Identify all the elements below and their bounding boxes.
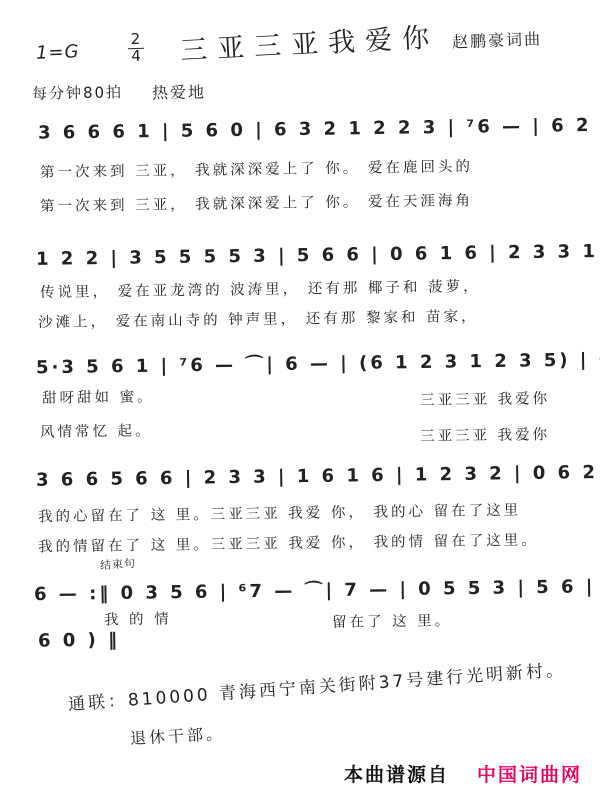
notation-line-5: 6 — :‖ 0 3 5 6 | ⁶7 — ⌒| 7 — | 0 5 5 3 |… xyxy=(34,568,600,606)
lyrics-line-4-verse-2: 我的情留在了 这 里。三亚三亚 我爱 你， 我的情 留在了这里。 xyxy=(38,529,539,557)
notation-line-4: 3 6 6 5 6 6 | 2 3 3 | 1 6 1 6 | 1 2 3 2 … xyxy=(36,458,600,491)
footer-site-name: 中国词曲网 xyxy=(477,760,582,787)
song-title: 三亚三亚我爱你 xyxy=(179,15,440,68)
lyrics-line-5-fragment-2: 留在了 这 里。 xyxy=(332,609,453,632)
lyrics-line-3-right-verse-2: 三亚三亚 我爱你 xyxy=(420,423,550,446)
expression-marking: 热爱地 xyxy=(152,80,206,104)
contact-address-line: 通联：810000 青海西宁南关街附37号建行光明新村。 xyxy=(67,655,566,715)
notation-line-1: 3 6 6 6 1 | 5 6 0 | 6 3 2 1 2 2 3 | ⁷6 —… xyxy=(38,113,600,143)
notation-line-2: 1 2 2 | 3 5 5 5 5 3 | 5 6 6 | 0 6 1 6 | … xyxy=(36,235,600,271)
key-signature: 1=G xyxy=(36,41,80,64)
lyrics-line-1-verse-1: 第一次来到 三亚， 我就深深爱上了 你。 爱在鹿回头的 xyxy=(40,155,473,182)
lyrics-line-5-fragment-1: 我 的 情 xyxy=(104,608,172,630)
lyrics-line-3-verse-1: 甜呀甜如 蜜。 xyxy=(42,385,155,408)
lyrics-line-4-verse-1: 我的心留在了 这 里。三亚三亚 我爱 你， 我的心 留在了这里 xyxy=(38,499,521,527)
footer-source-label: 本曲谱源自 xyxy=(344,760,449,787)
contact-status-line: 退休干部。 xyxy=(129,721,225,749)
lyrics-line-3-verse-2: 风情常忆 起。 xyxy=(40,419,153,442)
lyrics-line-1-verse-2: 第一次来到 三亚， 我就深深爱上了 你。 爱在天涯海角 xyxy=(40,189,473,216)
notation-line-3: 5·3 5 6 1 | ⁷6 — ⌒| 6 — | (6 1 2 3 1 2 3… xyxy=(36,343,600,380)
lyrics-line-2-verse-2: 沙滩上， 爱在南山寺的 钟声里， 还有那 黎家和 苗家， xyxy=(38,305,479,332)
time-signature: 2 4 xyxy=(127,32,144,65)
footer-watermark: 本曲谱源自 中国词曲网 xyxy=(0,760,600,787)
time-signature-denominator: 4 xyxy=(131,49,141,65)
lyrics-line-2-verse-1: 传说里， 爱在亚龙湾的 波涛里， 还有那 椰子和 菠萝， xyxy=(40,275,481,302)
music-sheet-page: 1=G 2 4 三亚三亚我爱你 赵鹏豪词曲 每分钟80拍 热爱地 3 6 6 6… xyxy=(0,0,600,800)
tempo-marking: 每分钟80拍 xyxy=(32,81,123,104)
notation-line-6: 6 0 ) ‖ xyxy=(38,629,120,651)
ending-phrase-label: 结束句 xyxy=(99,555,136,573)
composer-credit: 赵鹏豪词曲 xyxy=(452,26,543,52)
lyrics-line-3-right-verse-1: 三亚三亚 我爱你 xyxy=(420,387,550,410)
